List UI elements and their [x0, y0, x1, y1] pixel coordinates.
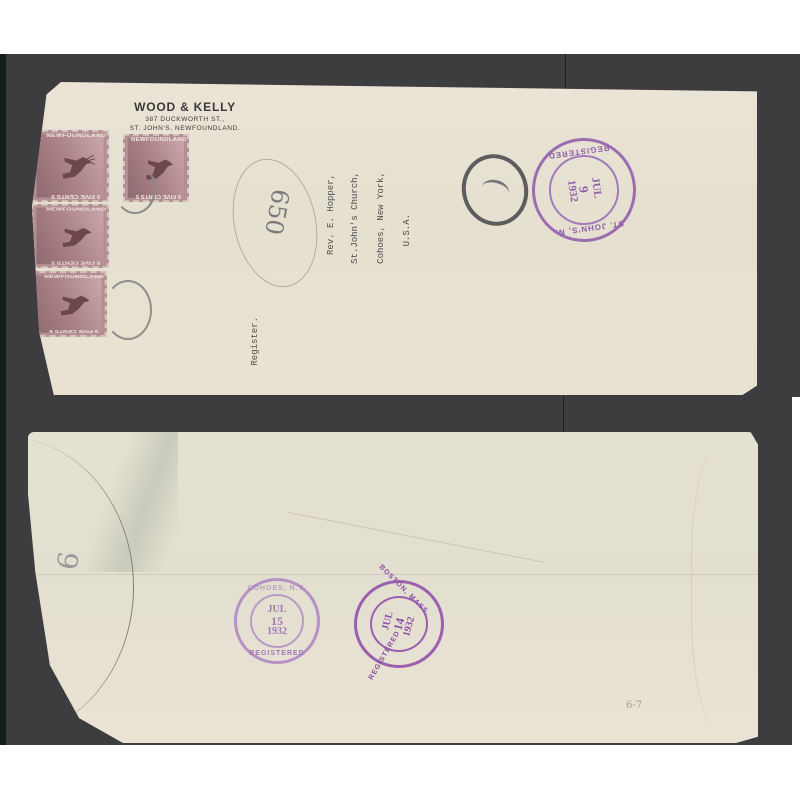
cancel-mark: [104, 280, 152, 340]
address-line-3: Cohoes, New York,: [376, 172, 386, 264]
flap-edge: [691, 442, 752, 732]
fold-crease: [288, 512, 543, 563]
stamp: NEWFOUNDLAND 5 FIVE CENTS 5: [31, 130, 109, 202]
oval-cancel: [454, 147, 536, 234]
address-line-2: St.John's Church,: [350, 172, 360, 264]
caribou-icon: [55, 291, 94, 319]
envelope-back: 9 6-7 COHOES, N.Y. REGISTERED JUL 15 193…: [28, 432, 758, 743]
register-note: Register.: [250, 317, 260, 366]
caribou-icon: [57, 152, 96, 183]
sender-street: 387 DUCKWORTH ST.,: [110, 116, 260, 123]
postmark-cohoes: COHOES, N.Y. REGISTERED JUL 15 1932: [234, 578, 320, 664]
stamp: NEWFOUNDLAND 5 FIVE CENTS 5: [31, 204, 109, 268]
backdrop-seam: [563, 396, 564, 432]
cancel-mark: [114, 164, 156, 214]
postmark-boston: BOSTON, MASS. REGISTERED JUL 14 1932: [354, 580, 444, 668]
backdrop-seam: [565, 54, 566, 94]
sender-name: WOOD & KELLY: [110, 100, 260, 114]
letterhead: WOOD & KELLY 387 DUCKWORTH ST., ST. JOHN…: [110, 100, 260, 132]
address-line-4: U.S.A.: [402, 214, 412, 246]
stamp: NEWFOUNDLAND 5 FIVE CENTS 5: [29, 271, 107, 337]
envelope-front: WOOD & KELLY 387 DUCKWORTH ST., ST. JOHN…: [32, 82, 757, 395]
postmark-registered-stjohns: ST. JOHN'S, N. REGISTERED JUL 9 1932: [525, 131, 642, 248]
corner-note: 6-7: [626, 700, 642, 711]
caribou-icon: [57, 223, 96, 250]
address-line-1: Rev. E. Hopper,: [326, 174, 336, 255]
backdrop-left-edge: [0, 54, 6, 745]
sender-city: ST. JOHN'S, NEWFOUNDLAND.: [110, 125, 260, 132]
